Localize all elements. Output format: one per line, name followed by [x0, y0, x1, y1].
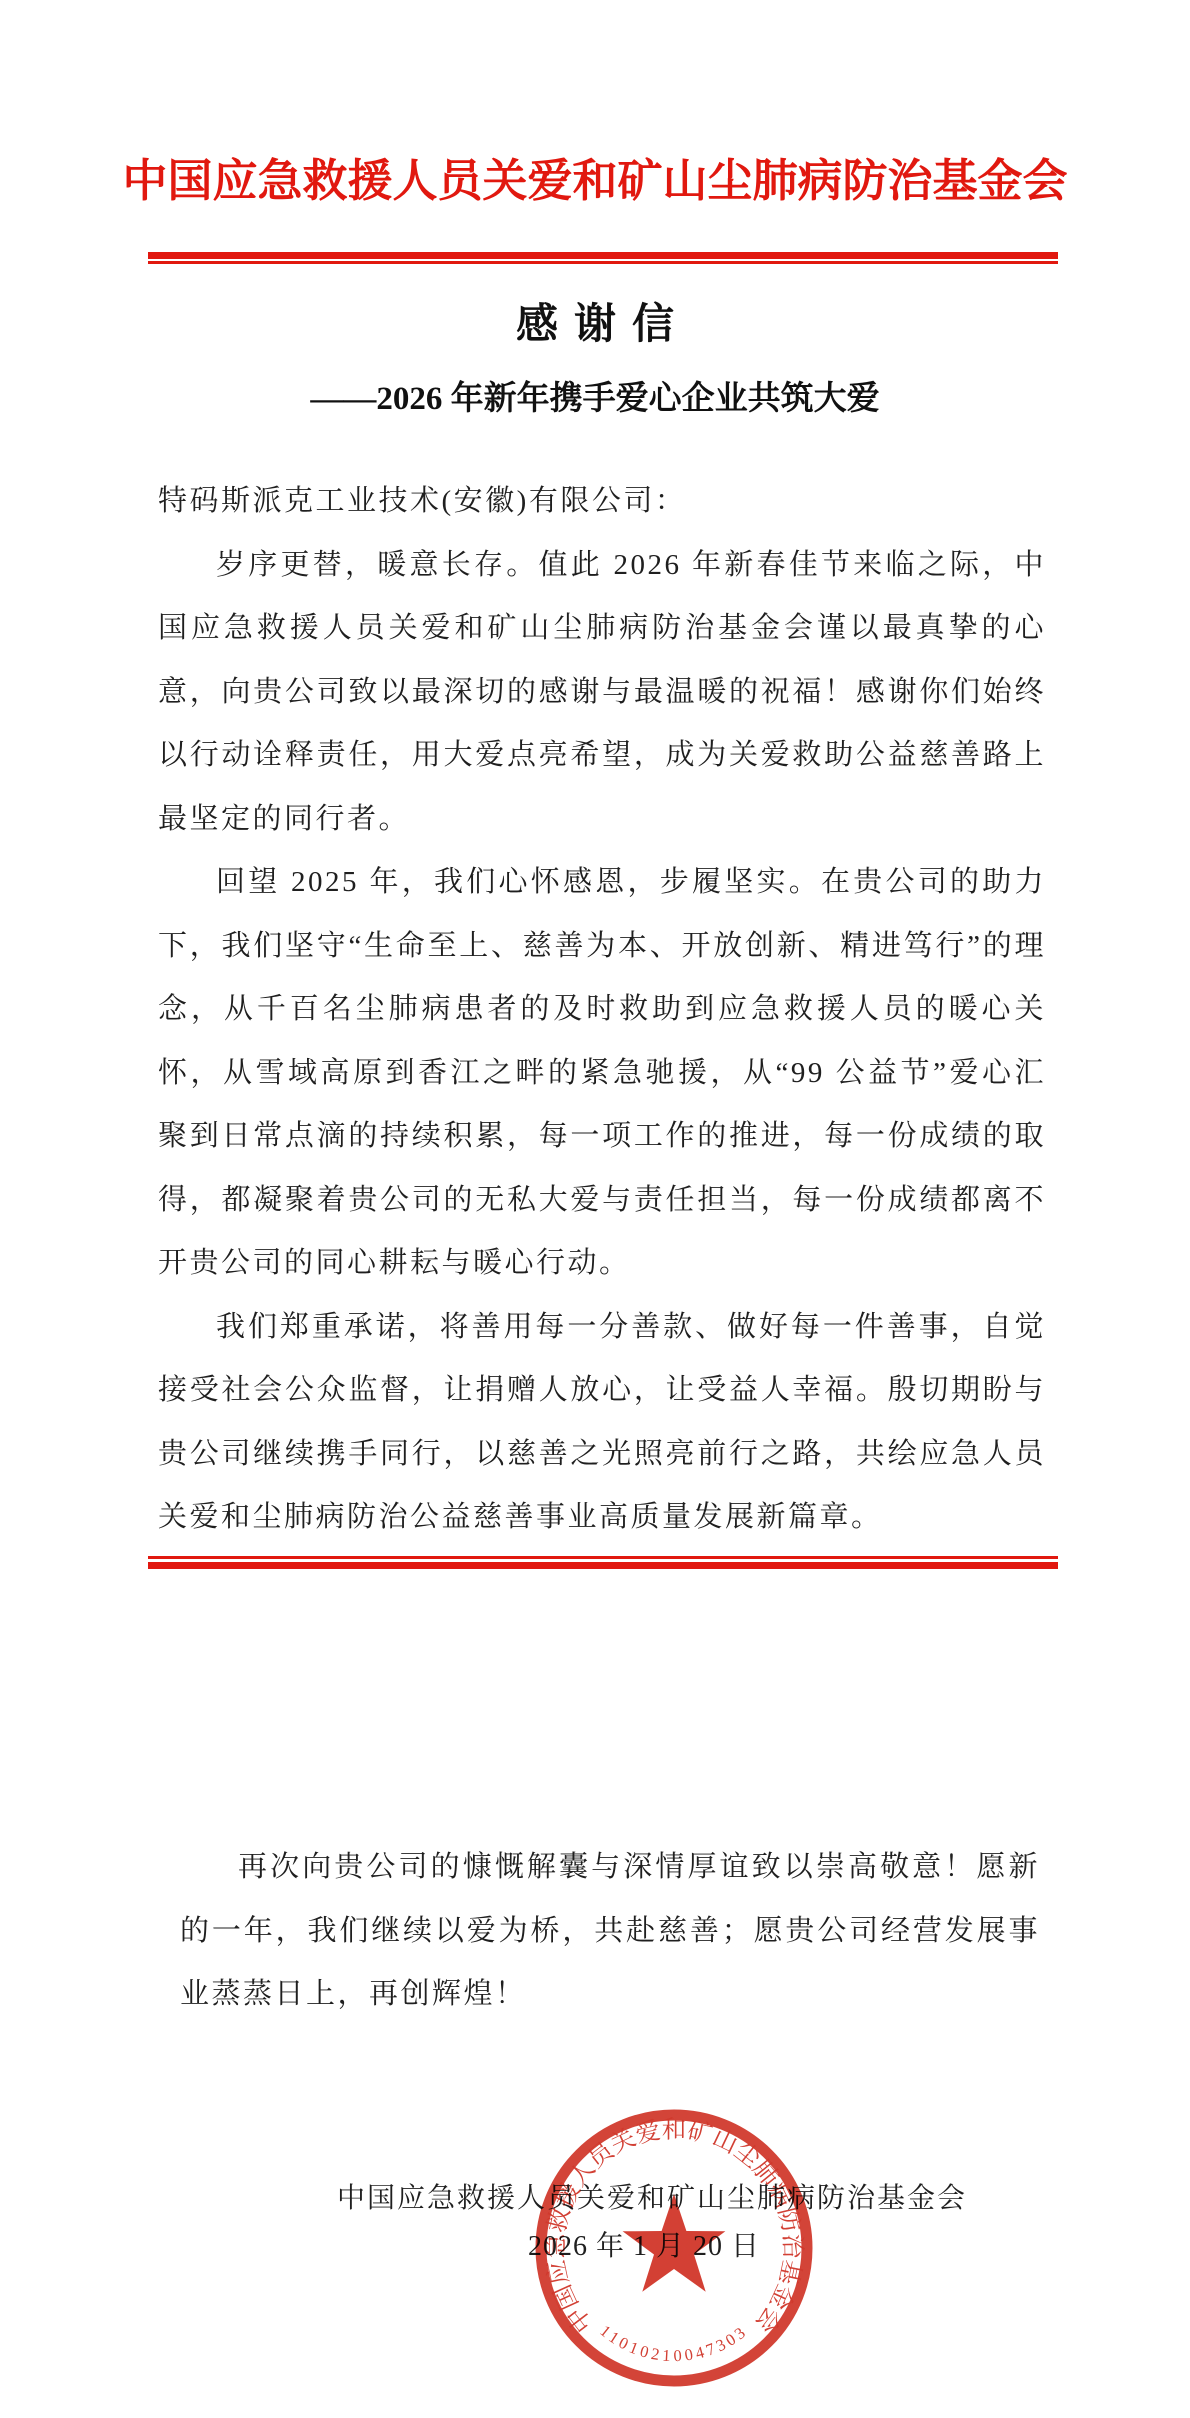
- salutation: 特码斯派克工业技术(安徽)有限公司：: [158, 470, 1046, 534]
- red-divider-bottom: [148, 1556, 1058, 1569]
- divider-thick-line: [148, 1562, 1058, 1569]
- letter-title: 感谢信: [0, 291, 1190, 351]
- letter-subtitle: ——2026 年新年携手爱心企业共筑大爱: [0, 372, 1190, 419]
- star-icon: [623, 2194, 726, 2292]
- letterhead-title: 中国应急救援人员关爱和矿山尘肺病防治基金会: [0, 144, 1190, 209]
- divider-thin-line: [148, 261, 1058, 264]
- divider-thick-line: [148, 252, 1058, 259]
- seal-serial-number: 11010210047303: [596, 2321, 751, 2365]
- closing-block: 再次向贵公司的慷慨解囊与深情厚谊致以崇高敬意！愿新的一年，我们继续以爱为桥，共赴…: [180, 1836, 1040, 2027]
- red-divider-top: [148, 252, 1058, 264]
- letter-page: 中国应急救援人员关爱和矿山尘肺病防治基金会 感谢信 ——2026 年新年携手爱心…: [0, 0, 1190, 2418]
- body-paragraph-1: 岁序更替，暖意长存。值此 2026 年新春佳节来临之际，中国应急救援人员关爱和矿…: [158, 534, 1046, 852]
- letter-body: 特码斯派克工业技术(安徽)有限公司： 岁序更替，暖意长存。值此 2026 年新春…: [158, 470, 1046, 1550]
- body-paragraph-2: 回望 2025 年，我们心怀感恩，步履坚实。在贵公司的助力下，我们坚守“生命至上…: [158, 851, 1046, 1296]
- official-seal: 中国应急救援人员关爱和矿山尘肺病防治基金会 11010210047303: [532, 2106, 816, 2390]
- body-paragraph-3: 我们郑重承诺，将善用每一分善款、做好每一件善事，自觉接受社会公众监督，让捐赠人放…: [158, 1296, 1046, 1550]
- closing-paragraph: 再次向贵公司的慷慨解囊与深情厚谊致以崇高敬意！愿新的一年，我们继续以爱为桥，共赴…: [180, 1836, 1040, 2027]
